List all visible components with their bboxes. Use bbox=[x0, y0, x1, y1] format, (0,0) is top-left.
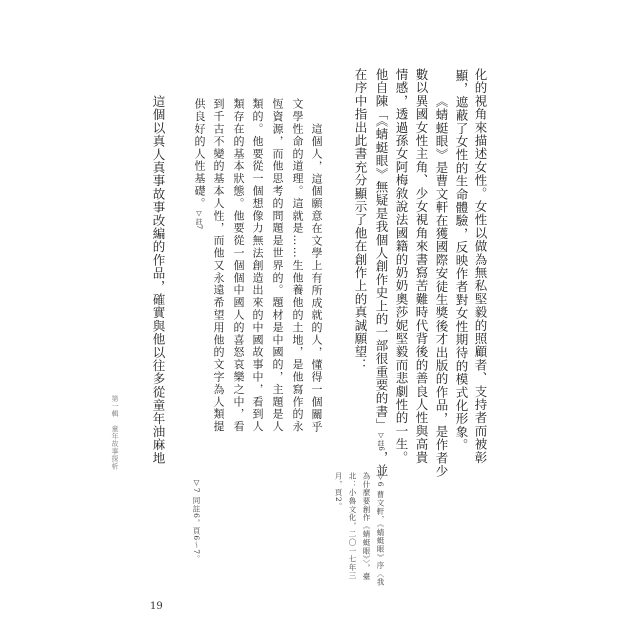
footnote-line: 月，頁2。 bbox=[334, 472, 343, 511]
block-quote-column-first: 這個人，這個願意在文學上有所成就的人，懂得一個關乎 bbox=[310, 123, 323, 433]
body-column: 化的視角來描述女性。女性以做為無私堅毅的照顧者、支持者而被彰 bbox=[473, 68, 487, 464]
footnote-line: 為什麼要創作《蜻蜓眼》〉，臺 bbox=[362, 472, 371, 581]
quote-text: 這個人，這個願意在文學上有所成就的人，懂得一個關乎 bbox=[310, 123, 323, 433]
footnote-line: ▽6 曹文軒，《蜻蜓眼》序〈我 bbox=[376, 472, 385, 586]
body-column: 顯，遮蔽了女性的生命體驗，反映作者對女性期待的模式化形象。 bbox=[454, 69, 468, 452]
body-column: 在序中指出此書充分顯示了他在創作上的真誠願望： bbox=[353, 68, 367, 372]
block-quote-column: 恆資源，而他思考的問題是世界的。題材是中國的，主題是人 bbox=[271, 98, 284, 433]
page-number: 19 bbox=[150, 601, 163, 613]
running-head: 第一輯 童年故事探析 bbox=[110, 395, 119, 470]
body-column: 他自陳「《蜻蜓眼》無疑是我個人創作史上的一部很重要的書」▽註6，並 bbox=[374, 68, 388, 477]
body-text: 這個以真人真事故事改編的作品，確實與他以往多從童年油麻地 bbox=[151, 95, 166, 465]
body-text: 《蜻蜓眼》是曹文軒在獲國際安徒生獎後才出版的作品，是作者少 bbox=[434, 95, 449, 478]
body-column-paragraph-start: 這個以真人真事故事改編的作品，確實與他以往多從童年油麻地 bbox=[151, 95, 165, 465]
block-quote-column: 到千古不變的基本人性，而他又永遠希望用他的文字為人類提 bbox=[212, 98, 225, 433]
block-quote-column: 類的。他要從一個想像力無法創造出來的中國故事中，看到人 bbox=[251, 98, 264, 433]
quote-text: 供良好的人性基礎。 bbox=[193, 98, 206, 210]
block-quote-column-last: 供良好的人性基礎。▽註7 bbox=[193, 98, 206, 229]
quote-text: 恆資源，而他思考的問題是世界的。題材是中國的，主題是人 bbox=[271, 98, 284, 433]
book-page: 化的視角來描述女性。女性以做為無私堅毅的照顧者、支持者而被彰 顯，遮蔽了女性的生… bbox=[0, 0, 640, 640]
body-text: 情感，透過孫女阿梅敘說法國籍的奶奶奧莎妮堅毅而悲劇性的一生。 bbox=[394, 68, 409, 464]
body-text: 他自陳「《蜻蜓眼》無疑是我個人創作史上的一部很重要的書」 bbox=[374, 68, 389, 431]
footnote-line: 北：小魯文化，二〇一七年三 bbox=[348, 472, 357, 580]
quote-text: 類的。他要從一個想像力無法創造出來的中國故事中，看到人 bbox=[251, 98, 264, 433]
body-text: 在序中指出此書充分顯示了他在創作上的真誠願望： bbox=[353, 68, 368, 372]
body-column-paragraph-start: 《蜻蜓眼》是曹文軒在獲國際安徒生獎後才出版的作品，是作者少 bbox=[434, 95, 448, 478]
quote-text: 文學性命的道理。這就是……生他養他的土地，是他寫作的永 bbox=[291, 98, 304, 433]
quote-text: 到千古不變的基本人性，而他又永遠希望用他的文字為人類提 bbox=[212, 98, 225, 433]
quote-text: 類存在的基本狀態。他要從一個個中國人的喜怒哀樂之中，看 bbox=[232, 98, 245, 433]
body-text: 化的視角來描述女性。女性以做為無私堅毅的照顧者、支持者而被彰 bbox=[473, 68, 488, 464]
footnote-reference-6: ▽註6 bbox=[377, 431, 385, 450]
footnote-reference-7: ▽註7 bbox=[195, 210, 203, 229]
footnote-line: ▽7 同註6，頁6〜7。 bbox=[192, 478, 201, 563]
body-text: 數以異國女性主角、少女視角來書寫苦難時代背後的善良人性與高貴 bbox=[414, 68, 429, 464]
block-quote-column: 文學性命的道理。這就是……生他養他的土地，是他寫作的永 bbox=[291, 98, 304, 433]
body-text: 顯，遮蔽了女性的生命體驗，反映作者對女性期待的模式化形象。 bbox=[454, 69, 469, 452]
block-quote-column: 類存在的基本狀態。他要從一個個中國人的喜怒哀樂之中，看 bbox=[232, 98, 245, 433]
body-column: 數以異國女性主角、少女視角來書寫苦難時代背後的善良人性與高貴 bbox=[414, 68, 428, 464]
body-column: 情感，透過孫女阿梅敘說法國籍的奶奶奧莎妮堅毅而悲劇性的一生。 bbox=[394, 68, 408, 464]
